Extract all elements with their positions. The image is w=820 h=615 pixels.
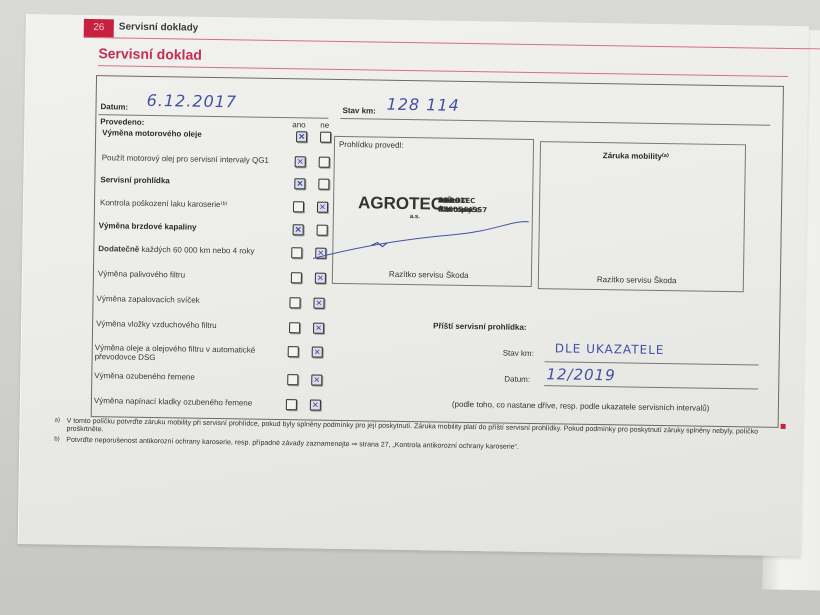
checkbox-no[interactable]: ✕ — [315, 273, 326, 284]
service-item-label: Výměna ozubeného řemene — [94, 371, 274, 383]
service-item-row: Výměna ozubeného řemene✕ — [92, 371, 342, 375]
service-item-row: Výměna palivového filtru✕ — [94, 269, 344, 273]
next-service-title: Příští servisní prohlídka: — [433, 321, 527, 331]
mobility-label: Záruka mobility⁽ᵃ⁾ — [603, 151, 669, 161]
service-item-label: Výměna oleje a olejového filtru v automa… — [95, 343, 275, 364]
service-item-label: Použít motorový olej pro servisní interv… — [102, 153, 282, 165]
checkbox-yes[interactable] — [288, 346, 299, 357]
checkbox-no[interactable] — [319, 157, 330, 168]
checkbox-yes[interactable] — [289, 297, 300, 308]
signature-stroke — [293, 196, 534, 270]
date-value[interactable]: 6.12.2017 — [147, 91, 238, 111]
service-item-label: Výměna palivového filtru — [98, 269, 278, 281]
performed-label: Provedeno: — [100, 117, 144, 127]
next-date-value[interactable]: 12/2019 — [546, 365, 616, 384]
mobility-warranty-box: Záruka mobility⁽ᵃ⁾ Razítko servisu Škoda — [538, 141, 746, 292]
checkbox-no[interactable]: ✕ — [310, 400, 321, 411]
footnote-a-mark: a) — [55, 418, 60, 424]
col-no-label: ne — [320, 121, 329, 130]
checkbox-no[interactable]: ✕ — [313, 323, 324, 334]
checkbox-yes[interactable] — [286, 399, 297, 410]
service-item-row: Výměna vložky vzduchového filtru✕ — [93, 319, 343, 323]
stamp-caption: Razítko servisu Škoda — [389, 270, 469, 280]
footnote-b-mark: b) — [54, 436, 59, 442]
checkbox-no[interactable] — [318, 179, 329, 190]
next-odometer-label: Stav km: — [503, 349, 534, 358]
service-item-label: Servisní prohlídka — [100, 175, 280, 187]
service-items-list: Výměna motorového oleje✕Použít motorový … — [97, 76, 783, 87]
checkbox-yes[interactable]: ✕ — [294, 178, 305, 189]
service-item-label: Kontrola poškození laku karoserie⁽ᵇ⁾ — [100, 198, 280, 210]
service-item-label: Dodatečně každých 60 000 km nebo 4 roky — [98, 244, 278, 256]
running-title: Servisní doklady — [119, 21, 199, 33]
service-item-row: Výměna motorového oleje✕ — [96, 128, 346, 132]
checkbox-yes[interactable]: ✕ — [296, 131, 307, 142]
checkbox-yes[interactable] — [289, 322, 300, 333]
col-yes-label: ano — [292, 120, 305, 129]
end-marker — [781, 424, 786, 429]
next-date-label: Datum: — [504, 375, 530, 384]
section-rule — [98, 65, 788, 77]
checkbox-no[interactable]: ✕ — [313, 298, 324, 309]
service-item-label: Výměna napínací kladky ozubeného řemene — [94, 396, 274, 408]
date-label: Datum: — [100, 102, 128, 111]
service-item-row: Výměna oleje a olejového filtru v automa… — [93, 343, 343, 347]
odometer-label: Stav km: — [342, 106, 375, 116]
service-item-row: Servisní prohlídka✕ — [95, 175, 345, 179]
next-odometer-value[interactable]: DLE UKAZATELE — [555, 341, 665, 357]
checkbox-no[interactable] — [320, 132, 331, 143]
service-record-form: Datum: 6.12.2017 Stav km: 128 114 Proved… — [91, 75, 784, 428]
service-item-row: Použít motorový olej pro servisní interv… — [96, 153, 346, 157]
checkbox-no[interactable]: ✕ — [312, 347, 323, 358]
section-title: Servisní doklad — [98, 45, 202, 63]
inspection-stamp-box: Prohlídku provedl: AGROTEC a.s. AGROTEC … — [332, 136, 534, 287]
checkbox-no[interactable]: ✕ — [311, 375, 322, 386]
checkbox-yes[interactable] — [291, 272, 302, 283]
service-item-label: Výměna vložky vzduchového filtru — [96, 319, 276, 331]
service-item-row: Výměna napínací kladky ozubeného řemene✕ — [92, 396, 342, 400]
mobility-caption: Razítko servisu Škoda — [597, 275, 677, 285]
checkbox-yes[interactable] — [287, 374, 298, 385]
odometer-value[interactable]: 128 114 — [386, 95, 459, 115]
service-item-label: Výměna zapalovacích svíček — [96, 294, 276, 306]
service-item-label: Výměna brzdové kapaliny — [99, 221, 279, 233]
service-booklet-page: 26 Servisní doklady Servisní doklad Datu… — [18, 14, 809, 556]
page-number-tab: 26 — [84, 19, 114, 37]
checkbox-yes[interactable]: ✕ — [295, 156, 306, 167]
next-service-note: (podle toho, co nastane dříve, resp. pod… — [452, 400, 710, 413]
service-item-row: Výměna zapalovacích svíček✕ — [94, 294, 344, 298]
inspection-by-label: Prohlídku provedl: — [339, 140, 404, 150]
service-item-label: Výměna motorového oleje — [102, 128, 282, 140]
